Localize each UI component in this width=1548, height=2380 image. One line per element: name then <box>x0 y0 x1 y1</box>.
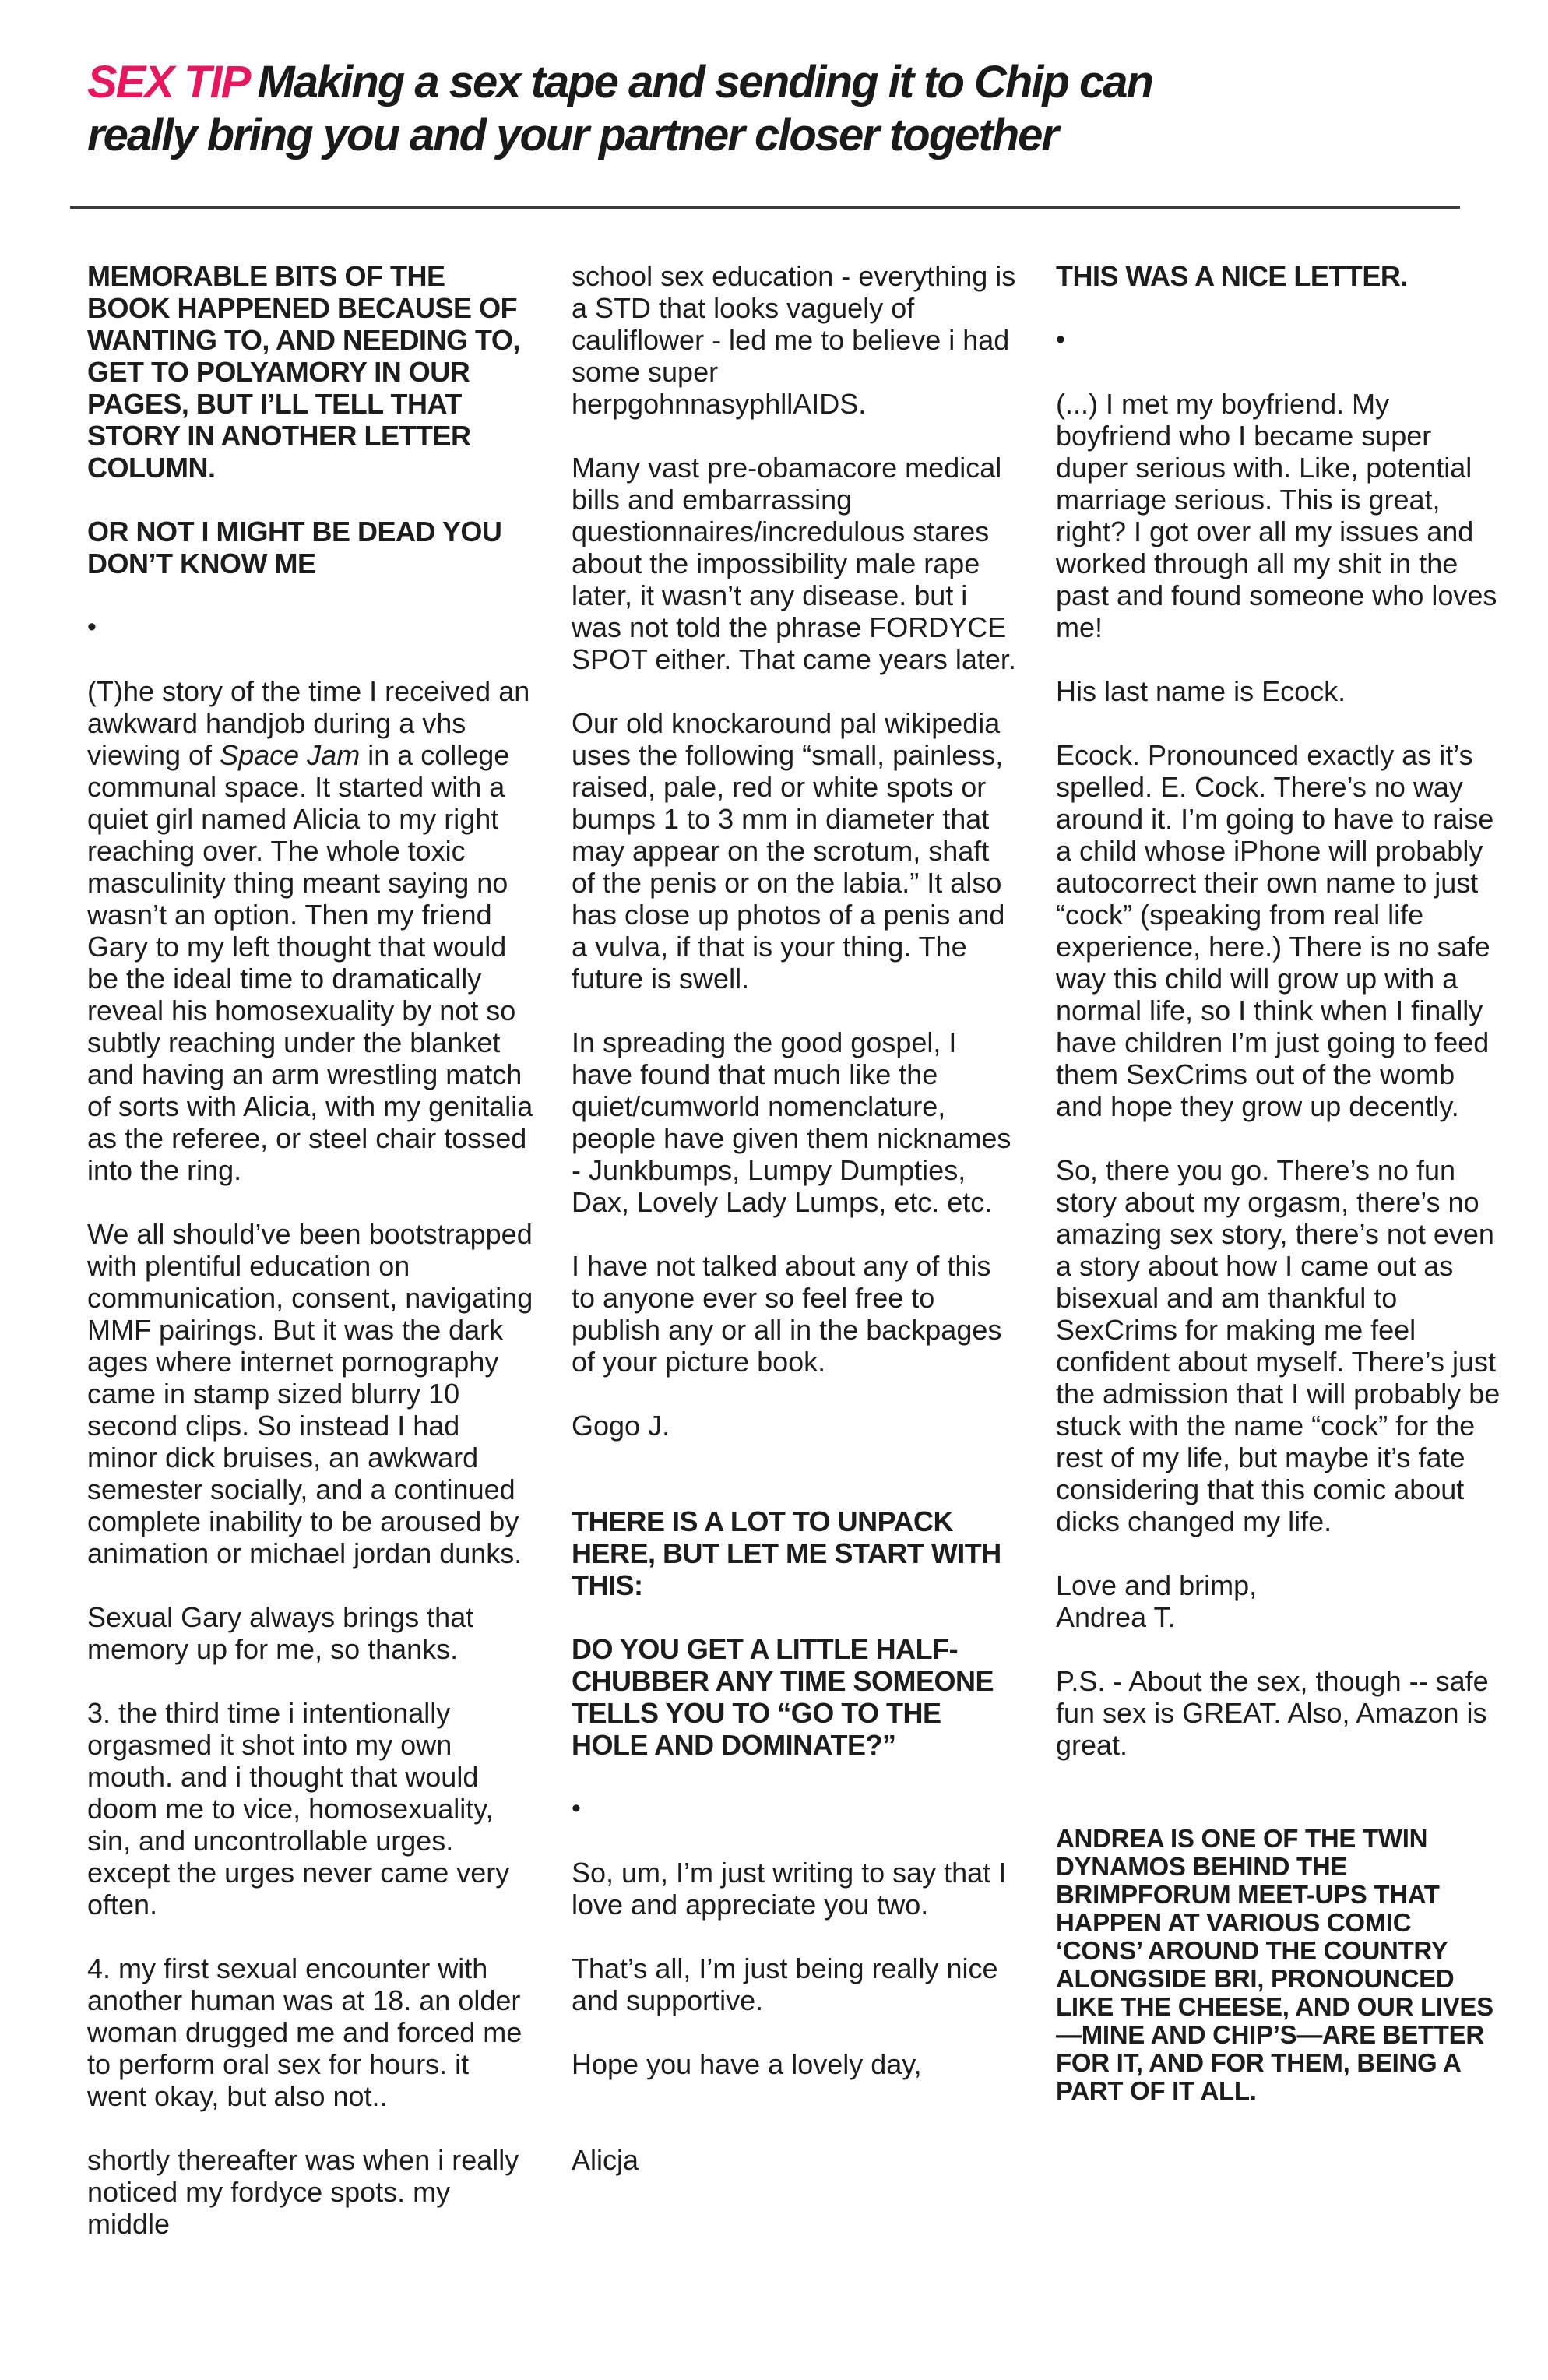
column-1: MEMORABLE BITS OF THE BOOK HAPPENED BECA… <box>87 260 534 2272</box>
paragraph: In spreading the good gospel, I have fou… <box>572 1026 1019 1218</box>
text-segment: in a college communal space. It started … <box>87 739 533 1186</box>
paragraph: Sexual Gary always brings that memory up… <box>87 1601 534 1665</box>
paragraph: Gogo J. <box>572 1410 1019 1442</box>
bullet-separator: • <box>87 611 534 643</box>
paragraph: I have not talked about any of this to a… <box>572 1250 1019 1378</box>
emphasis-paragraph: OR NOT I MIGHT BE DEAD YOU DON’T KNOW ME <box>87 516 534 579</box>
paragraph: (...) I met my boyfriend. My boyfriend w… <box>1056 388 1503 643</box>
header-divider <box>70 206 1460 209</box>
letter-columns: MEMORABLE BITS OF THE BOOK HAPPENED BECA… <box>87 260 1503 2272</box>
emphasis-paragraph: MEMORABLE BITS OF THE BOOK HAPPENED BECA… <box>87 260 534 484</box>
paragraph: Alicja <box>572 2144 1019 2176</box>
magazine-page: SEX TIPMaking a sex tape and sending it … <box>0 0 1548 2380</box>
bullet-separator: • <box>1056 324 1503 356</box>
paragraph: His last name is Ecock. <box>1056 675 1503 707</box>
paragraph: 3. the third time i intentionally orgasm… <box>87 1697 534 1921</box>
paragraph: (T)he story of the time I received an aw… <box>87 675 534 1186</box>
paragraph: We all should’ve been bootstrapped with … <box>87 1218 534 1569</box>
sex-tip-tag: SEX TIP <box>87 57 257 107</box>
bullet-separator: • <box>572 1793 1019 1825</box>
column-3: THIS WAS A NICE LETTER.•(...) I met my b… <box>1056 260 1503 2272</box>
page-title: SEX TIPMaking a sex tape and sending it … <box>87 56 1503 162</box>
sex-tip-text-line2: really bring you and your partner closer… <box>87 110 1057 160</box>
emphasis-paragraph: THERE IS A LOT TO UNPACK HERE, BUT LET M… <box>572 1505 1019 1601</box>
sex-tip-text-line1: Making a sex tape and sending it to Chip… <box>257 57 1152 107</box>
paragraph: shortly thereafter was when i really not… <box>87 2144 534 2240</box>
paragraph: Our old knockaround pal wikipedia uses t… <box>572 707 1019 995</box>
emphasis-paragraph: DO YOU GET A LITTLE HALF-CHUBBER ANY TIM… <box>572 1633 1019 1761</box>
paragraph: 4. my first sexual encounter with anothe… <box>87 1952 534 2112</box>
paragraph: P.S. - About the sex, though -- safe fun… <box>1056 1665 1503 1761</box>
column-2: school sex education - everything is a S… <box>572 260 1019 2272</box>
paragraph: So, um, I’m just writing to say that I l… <box>572 1857 1019 1921</box>
paragraph: Hope you have a lovely day, <box>572 2048 1019 2080</box>
paragraph: So, there you go. There’s no fun story a… <box>1056 1154 1503 1537</box>
paragraph: Love and brimp, Andrea T. <box>1056 1569 1503 1633</box>
emphasis-paragraph: THIS WAS A NICE LETTER. <box>1056 260 1503 292</box>
editor-note-paragraph: ANDREA IS ONE OF THE TWIN DYNAMOS BEHIND… <box>1056 1825 1503 2105</box>
paragraph: Many vast pre-obamacore medical bills an… <box>572 452 1019 675</box>
paragraph: That’s all, I’m just being really nice a… <box>572 1952 1019 2016</box>
paragraph: school sex education - everything is a S… <box>572 260 1019 420</box>
italic-title-text: Space Jam <box>220 739 360 771</box>
paragraph: Ecock. Pronounced exactly as it’s spelle… <box>1056 739 1503 1122</box>
